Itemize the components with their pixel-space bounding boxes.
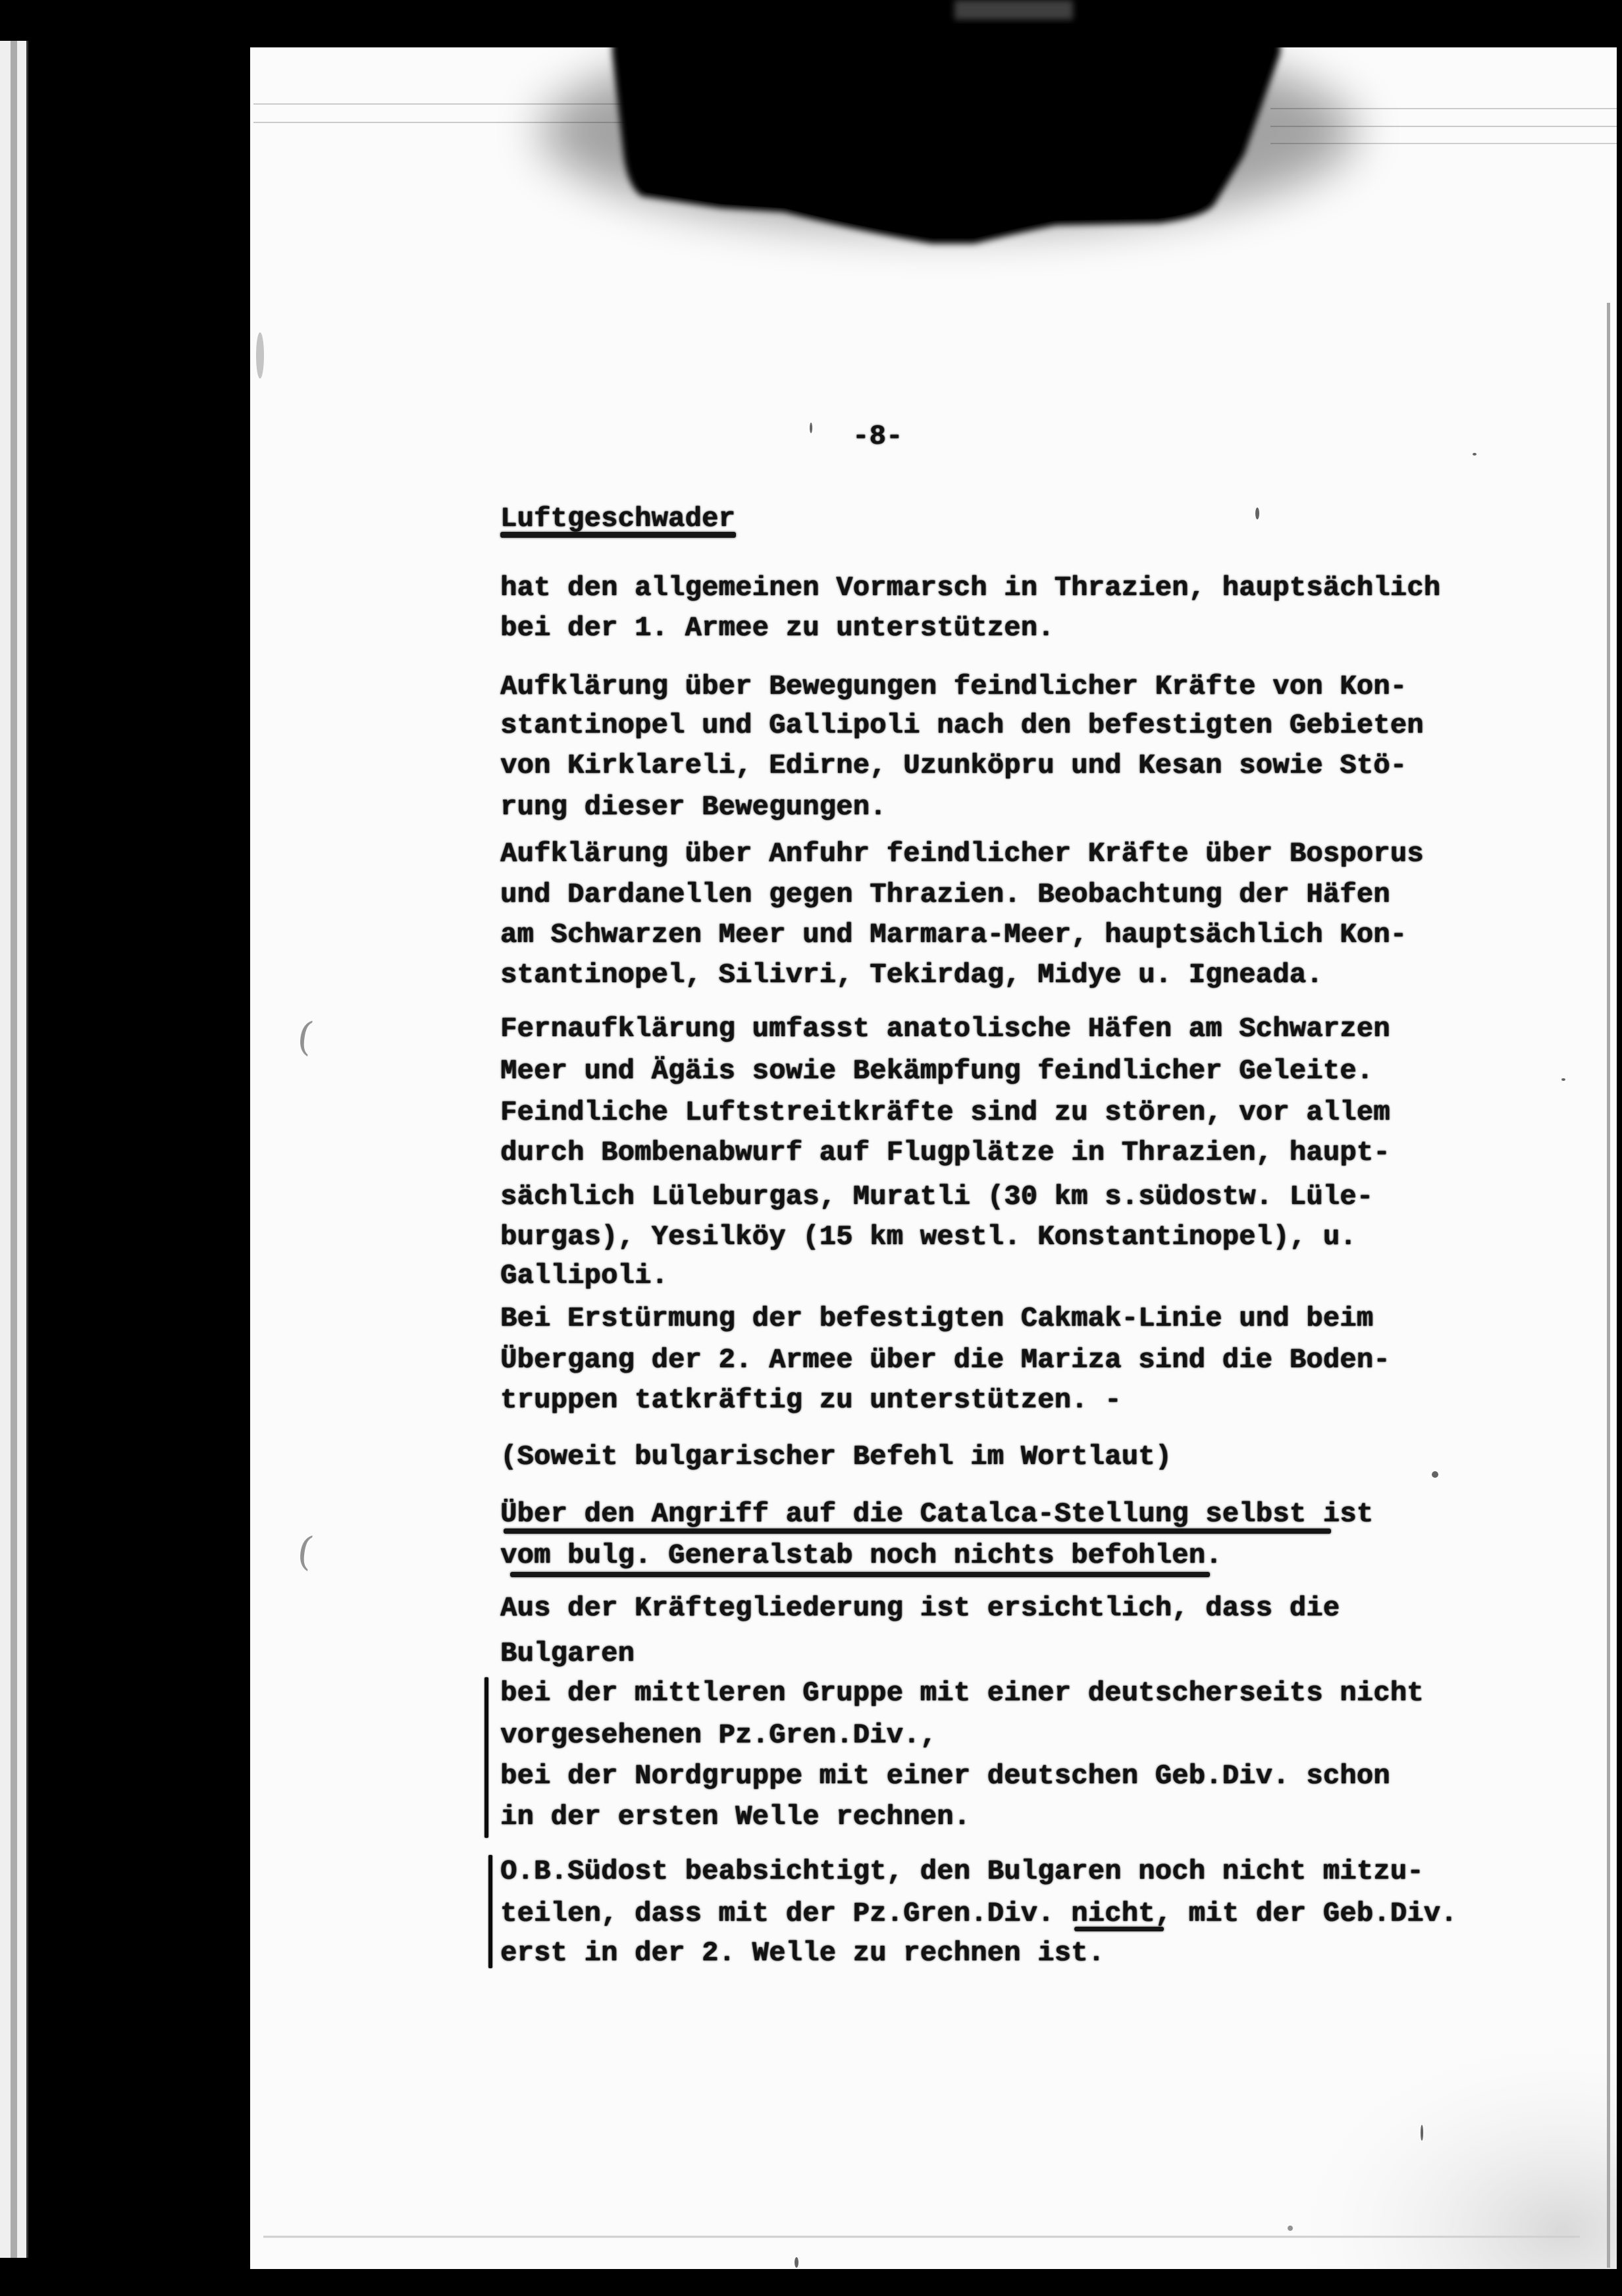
- text-line: stantinopel und Gallipoli nach den befes…: [500, 708, 1424, 743]
- text-line: Aufklärung über Anfuhr feindlicher Kräft…: [500, 837, 1424, 871]
- margin-change-bar: [488, 1855, 492, 1968]
- text-line: bei der Nordgruppe mit einer deutschen G…: [500, 1759, 1390, 1793]
- heading-underline: [500, 532, 736, 538]
- text-line: bei der 1. Armee zu unterstützen.: [500, 611, 1055, 645]
- text-line: hat den allgemeinen Vormarsch in Thrazie…: [500, 571, 1440, 605]
- emphasized-word: nicht: [1071, 1898, 1155, 1929]
- text-line: (Soweit bulgarischer Befehl im Wortlaut): [500, 1440, 1172, 1474]
- text-line: Übergang der 2. Armee über die Mariza si…: [500, 1343, 1390, 1377]
- text-line: Gallipoli.: [500, 1259, 668, 1293]
- text-line: Feindliche Luftstreitkräfte sind zu stör…: [500, 1095, 1390, 1130]
- text-line: in der ersten Welle rechnen.: [500, 1800, 970, 1834]
- text-line: von Kirklareli, Edirne, Uzunköpru und Ke…: [500, 748, 1407, 783]
- text-line: und Dardanellen gegen Thrazien. Beobacht…: [500, 877, 1390, 912]
- text-line: Aus der Kräftegliederung ist ersichtlich…: [500, 1591, 1340, 1625]
- statement-underline: [510, 1572, 1210, 1577]
- text-line: vorgesehenen Pz.Gren.Div.,: [500, 1718, 937, 1752]
- text-line-underlined: vom bulg. Generalstab noch nichts befohl…: [500, 1538, 1222, 1573]
- text-line: Meer und Ägäis sowie Bekämpfung feindlic…: [500, 1054, 1373, 1088]
- text-line: sächlich Lüleburgas, Muratli (30 km s.sü…: [500, 1180, 1373, 1214]
- section-heading: Luftgeschwader: [500, 502, 735, 536]
- adjacent-page-sliver: [0, 41, 28, 2258]
- text-line: am Schwarzen Meer und Marmara-Meer, haup…: [500, 918, 1407, 952]
- text-line: bei der mittleren Gruppe mit einer deuts…: [500, 1676, 1424, 1710]
- text-line: O.B.Südost beabsichtigt, den Bulgaren no…: [500, 1854, 1424, 1889]
- text-line: Fernaufklärung umfasst anatolische Häfen…: [500, 1012, 1390, 1046]
- text-line: Aufklärung über Bewegungen feindlicher K…: [500, 669, 1407, 704]
- text-segment: , mit der Geb.Div.: [1155, 1898, 1457, 1929]
- page-number: -8-: [852, 419, 903, 454]
- text-line: truppen tatkräftig zu unterstützen. -: [500, 1383, 1122, 1417]
- text-line: stantinopel, Silivri, Tekirdag, Midye u.…: [500, 958, 1323, 992]
- statement-underline: [504, 1528, 1331, 1534]
- emphasis-underline: [1074, 1927, 1164, 1931]
- text-line: durch Bombenabwurf auf Flugplätze in Thr…: [500, 1135, 1390, 1170]
- text-line-underlined: Über den Angriff auf die Catalca-Stellun…: [500, 1497, 1373, 1531]
- margin-change-bar: [484, 1677, 488, 1838]
- text-line-with-emphasis: teilen, dass mit der Pz.Gren.Div. nicht,…: [500, 1896, 1457, 1931]
- text-line: Bulgaren: [500, 1636, 635, 1671]
- text-line: Bei Erstürmung der befestigten Cakmak-Li…: [500, 1301, 1373, 1336]
- text-line: burgas), Yesilköy (15 km westl. Konstant…: [500, 1220, 1357, 1254]
- text-segment: teilen, dass mit der Pz.Gren.Div.: [500, 1898, 1071, 1929]
- text-line: erst in der 2. Welle zu rechnen ist.: [500, 1936, 1105, 1970]
- text-line: rung dieser Bewegungen.: [500, 790, 887, 824]
